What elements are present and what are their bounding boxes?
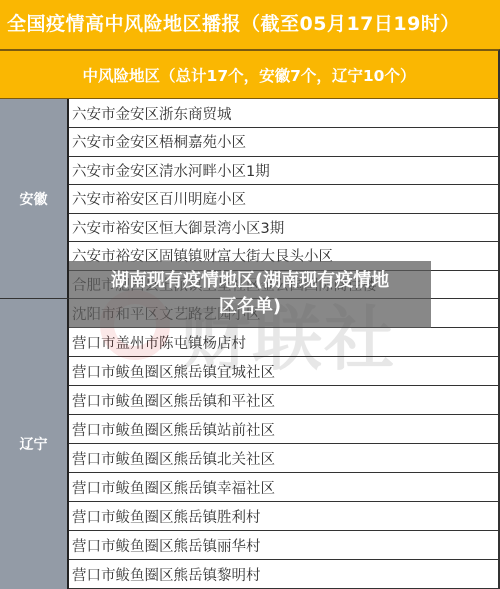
medium-risk-summary: 中风险地区（总计17个，安徽7个，辽宁10个）: [0, 49, 500, 99]
table-row: 六安市裕安区百川明庭小区: [69, 185, 500, 214]
table-row: 六安市裕安区恒大御景湾小区3期: [69, 214, 500, 243]
table-row: 营口市盖州市陈屯镇杨店村: [69, 328, 500, 357]
page-title: 全国疫情高中风险地区播报（截至05月17日19时）: [0, 0, 500, 49]
risk-area-table: 安徽 辽宁 六安市金安区浙东商贸城 六安市金安区梧桐嘉苑小区 六安市金安区清水河…: [0, 99, 500, 589]
table-row: 营口市鲅鱼圈区熊岳镇站前社区: [69, 415, 500, 444]
caption-overlay: 湖南现有疫情地区(湖南现有疫情地 区名单): [69, 261, 431, 328]
table-row: 营口市鲅鱼圈区熊岳镇宜城社区: [69, 357, 500, 386]
table-row: 营口市鲅鱼圈区熊岳镇丽华村: [69, 531, 500, 560]
caption-line-1: 湖南现有疫情地区(湖南现有疫情地: [69, 268, 431, 294]
table-row: 营口市鲅鱼圈区熊岳镇幸福社区: [69, 473, 500, 502]
table-row: 六安市金安区梧桐嘉苑小区: [69, 128, 500, 157]
table-row: 六安市金安区清水河畔小区1期: [69, 157, 500, 186]
table-row: 营口市鲅鱼圈区熊岳镇和平社区: [69, 386, 500, 415]
province-cell-anhui: 安徽: [0, 99, 69, 299]
table-row: 营口市鲅鱼圈区熊岳镇胜利村: [69, 502, 500, 531]
table-row: 六安市金安区浙东商贸城: [69, 99, 500, 128]
table-row: 营口市鲅鱼圈区熊岳镇北关社区: [69, 444, 500, 473]
caption-line-2: 区名单): [69, 294, 431, 320]
table-row: 营口市鲅鱼圈区熊岳镇黎明村: [69, 560, 500, 589]
province-cell-liaoning: 辽宁: [0, 299, 69, 589]
